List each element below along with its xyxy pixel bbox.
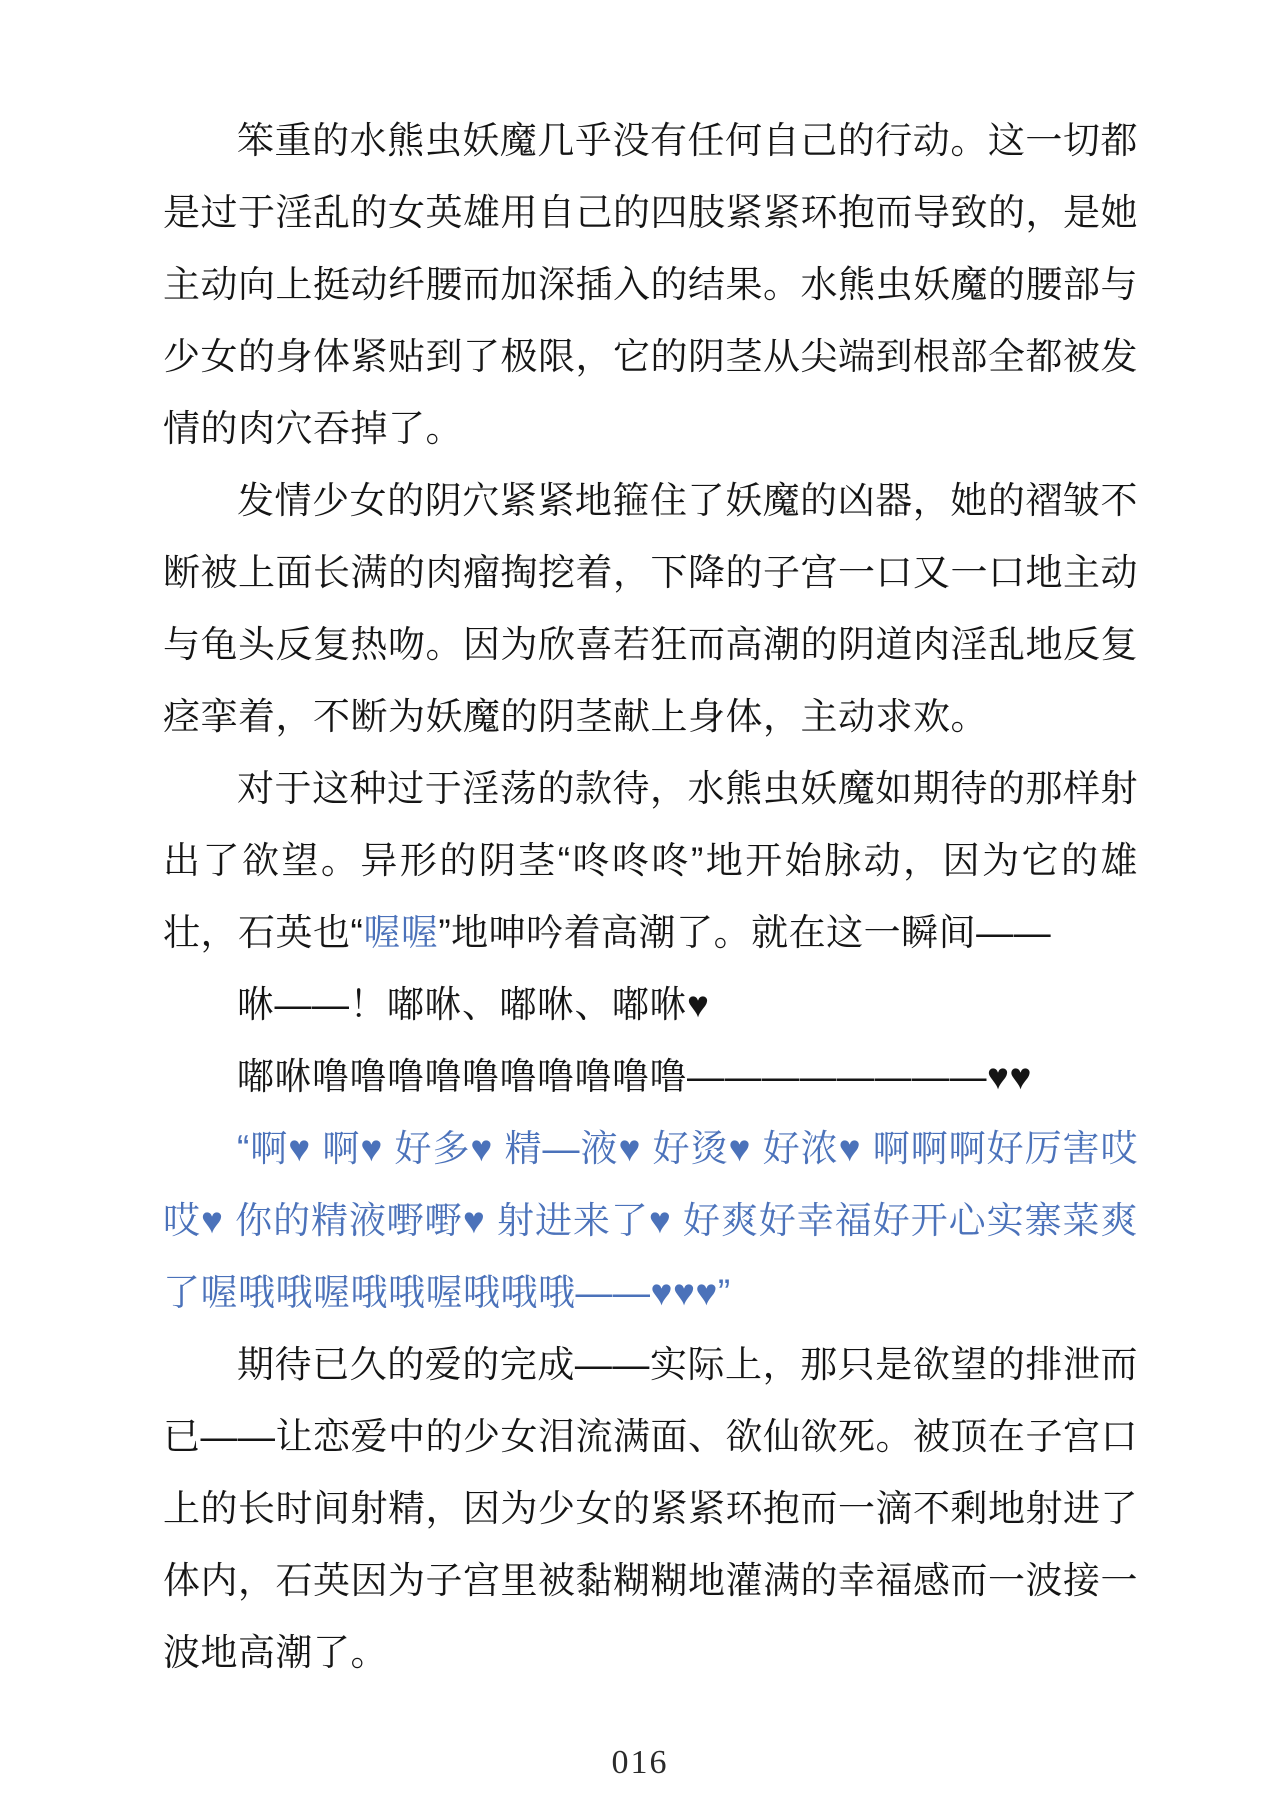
sound-effect-line-2: 嘟咻噜噜噜噜噜噜噜噜噜噜————————♥♥ [163, 1041, 1138, 1113]
paragraph-body-2: 发情少女的阴穴紧紧地箍住了妖魔的凶器，她的褶皱不断被上面长满的肉瘤掏挖着，下降的… [163, 465, 1138, 753]
dialogue-text: “啊♥ 啊♥ 好多♥ 精—液♥ 好烫♥ 好浓♥ 啊啊啊好厉害哎哎♥ 你的精液嘢嘢… [163, 1128, 1138, 1313]
text-run: 发情少女的阴穴紧紧地箍住了妖魔的凶器，她的褶皱不断被上面长满的肉瘤掏挖着，下降的… [163, 480, 1138, 737]
sfx-text: 咻——！嘟咻、嘟咻、嘟咻♥ [237, 984, 709, 1025]
text-run: 笨重的水熊虫妖魔几乎没有任何自己的行动。这一切都是过于淫乱的女英雄用自己的四肢紧… [163, 120, 1138, 449]
page-footer: 016 [0, 1744, 1280, 1782]
page-text-content: 笨重的水熊虫妖魔几乎没有任何自己的行动。这一切都是过于淫乱的女英雄用自己的四肢紧… [163, 105, 1138, 1689]
sfx-text: 嘟咻噜噜噜噜噜噜噜噜噜噜————————♥♥ [237, 1056, 1032, 1097]
book-page: 笨重的水熊虫妖魔几乎没有任何自己的行动。这一切都是过于淫乱的女英雄用自己的四肢紧… [0, 0, 1280, 1807]
paragraph-body-4: 期待已久的爱的完成——实际上，那只是欲望的排泄而已——让恋爱中的少女泪流满面、欲… [163, 1329, 1138, 1689]
moan-highlight-text: 喔喔 [363, 912, 438, 953]
text-run: 期待已久的爱的完成——实际上，那只是欲望的排泄而已——让恋爱中的少女泪流满面、欲… [163, 1344, 1138, 1673]
text-run: ”地呻吟着高潮了。就在这一瞬间—— [438, 912, 1051, 953]
page-number: 016 [612, 1744, 669, 1781]
paragraph-body-3: 对于这种过于淫荡的款待，水熊虫妖魔如期待的那样射出了欲望。异形的阴茎“咚咚咚”地… [163, 753, 1138, 969]
paragraph-body-1: 笨重的水熊虫妖魔几乎没有任何自己的行动。这一切都是过于淫乱的女英雄用自己的四肢紧… [163, 105, 1138, 465]
dialogue-paragraph-blue: “啊♥ 啊♥ 好多♥ 精—液♥ 好烫♥ 好浓♥ 啊啊啊好厉害哎哎♥ 你的精液嘢嘢… [163, 1113, 1138, 1329]
sound-effect-line-1: 咻——！嘟咻、嘟咻、嘟咻♥ [163, 969, 1138, 1041]
